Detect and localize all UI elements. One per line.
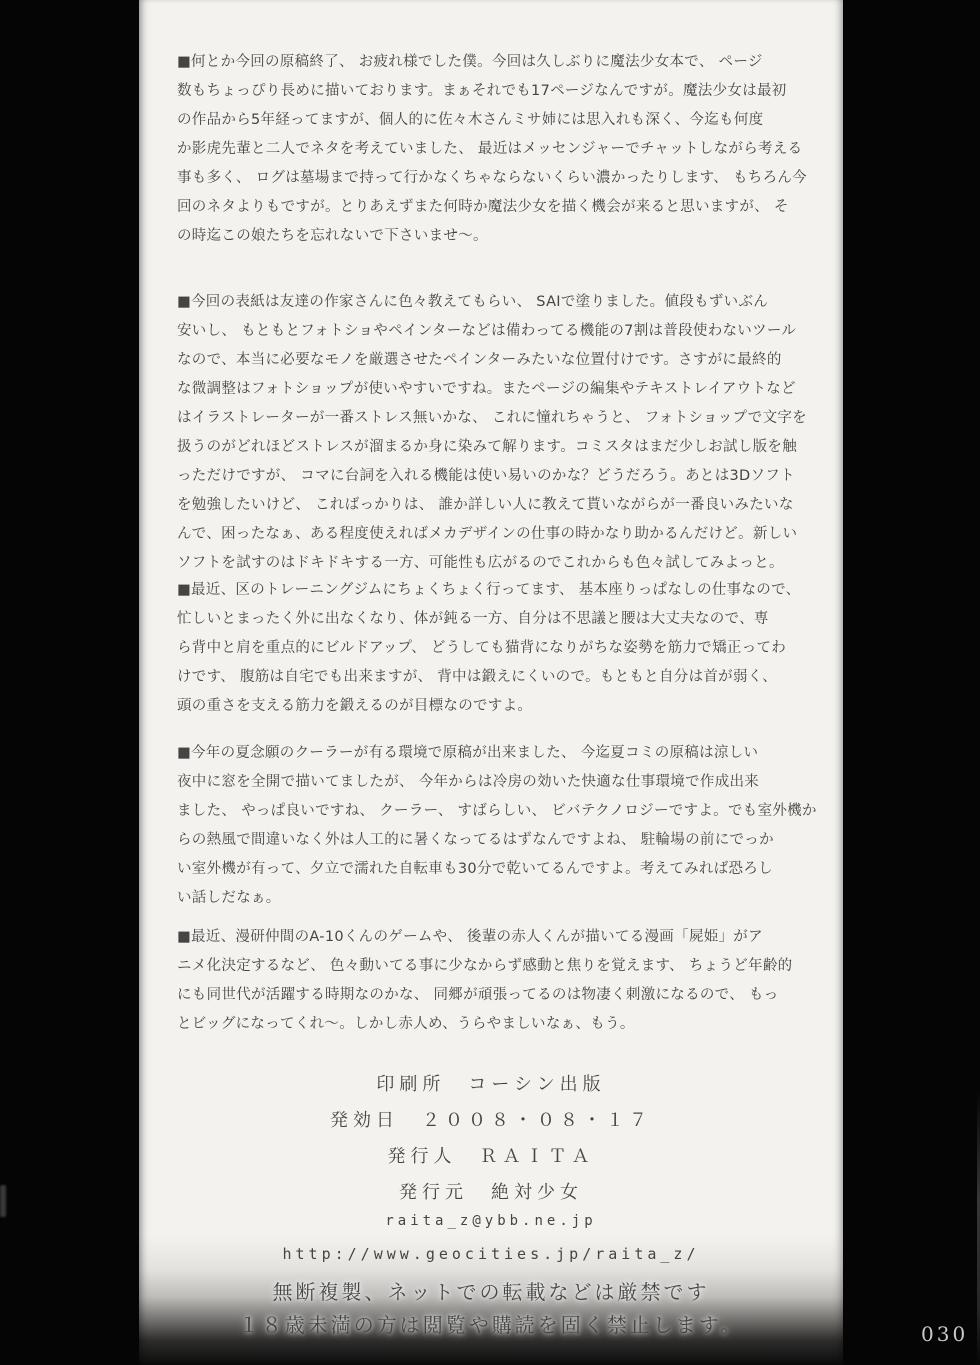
afterword-paragraph-3: ■最近、区のトレーニングジムにちょくちょく行ってます、 基本座りっぱなしの仕事な… bbox=[177, 576, 801, 721]
colophon-printer-line: 印刷所 コーシン出版 bbox=[139, 1070, 843, 1096]
colophon-website-url: http://www.geocities.jp/raita_z/ bbox=[139, 1245, 843, 1263]
afterword-paragraph-2: ■今回の表紙は友達の作家さんに色々教えてもらい、 SAIで塗りました。値段もずい… bbox=[177, 288, 801, 578]
colophon-email: raita_z@ybb.ne.jp bbox=[139, 1213, 843, 1229]
scan-artifact-left-edge bbox=[0, 1185, 6, 1217]
scanned-paper-area: ■何とか今回の原稿終了、 お疲れ様でした僕。今回は久しぶりに魔法少女本で、 ペー… bbox=[139, 0, 843, 1365]
colophon-circle-line: 発行元 絶対少女 bbox=[139, 1178, 843, 1204]
afterword-paragraph-4: ■今年の夏念願のクーラーが有る環境で原稿が出来ました、 今迄夏コミの原稿は涼しい… bbox=[177, 739, 801, 913]
afterword-paragraph-1: ■何とか今回の原稿終了、 お疲れ様でした僕。今回は久しぶりに魔法少女本で、 ペー… bbox=[177, 48, 801, 251]
page-number: 030 bbox=[921, 1322, 968, 1346]
colophon-publisher-line: 発行人 ＲＡＩＴＡ bbox=[139, 1142, 843, 1168]
colophon-issue-date-line: 発効日 ２００８・０８・１７ bbox=[139, 1106, 843, 1132]
colophon-age-restriction-notice: １８歳未満の方は閲覧や購読を固く禁止します。 bbox=[139, 1309, 843, 1338]
afterword-paragraph-5: ■最近、漫研仲間のA-10くんのゲームや、 後輩の赤人くんが描いてる漫画「屍姫」… bbox=[177, 923, 801, 1039]
colophon-no-reproduction-notice: 無断複製、ネットでの転載などは厳禁です bbox=[139, 1276, 843, 1305]
